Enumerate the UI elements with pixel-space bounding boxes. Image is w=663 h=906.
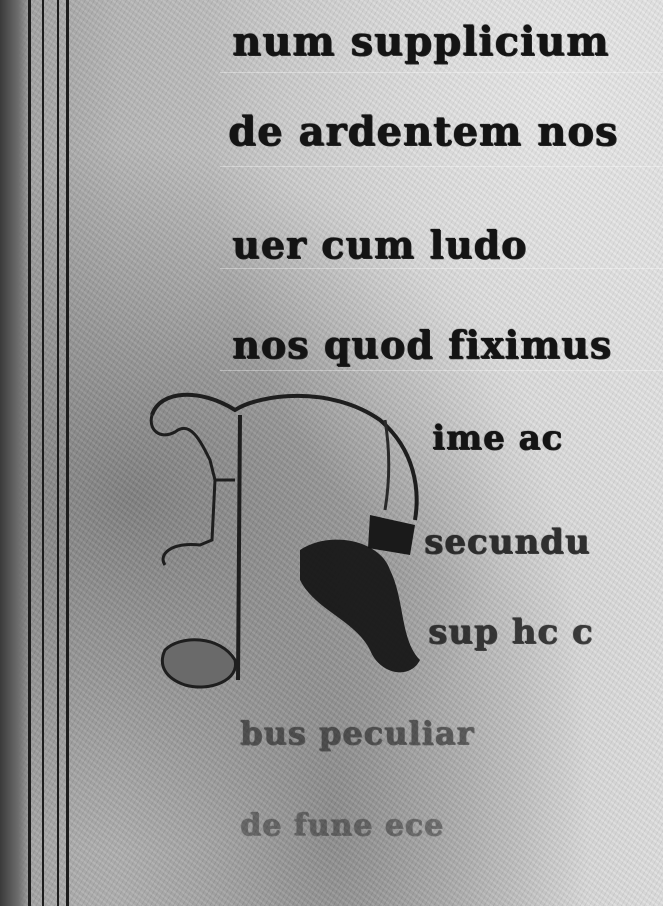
ruling-line bbox=[42, 0, 44, 906]
faint-ruling-line bbox=[220, 370, 663, 371]
faint-ruling-line bbox=[220, 268, 663, 269]
text-line-4: nos quod fiximus bbox=[232, 322, 612, 367]
text-line-1: num supplicium bbox=[232, 18, 609, 65]
text-line-2: de ardentem nos bbox=[228, 108, 618, 155]
ruling-line bbox=[57, 0, 59, 906]
ruling-line bbox=[28, 0, 31, 906]
text-line-6: secundu bbox=[424, 522, 590, 562]
faint-ruling-line bbox=[220, 72, 663, 73]
text-line-8: bus peculiar bbox=[240, 714, 474, 752]
ruling-line bbox=[66, 0, 69, 906]
binding-shadow bbox=[0, 0, 30, 906]
text-line-7: sup hc c bbox=[428, 612, 593, 652]
text-line-9: de fune ece bbox=[240, 808, 444, 843]
text-line-3: uer cum ludo bbox=[232, 222, 527, 267]
decorated-initial-p bbox=[140, 380, 440, 700]
text-line-5: ime ac bbox=[432, 418, 563, 458]
manuscript-page: num supplicium de ardentem nos uer cum l… bbox=[0, 0, 663, 906]
faint-ruling-line bbox=[220, 166, 663, 167]
